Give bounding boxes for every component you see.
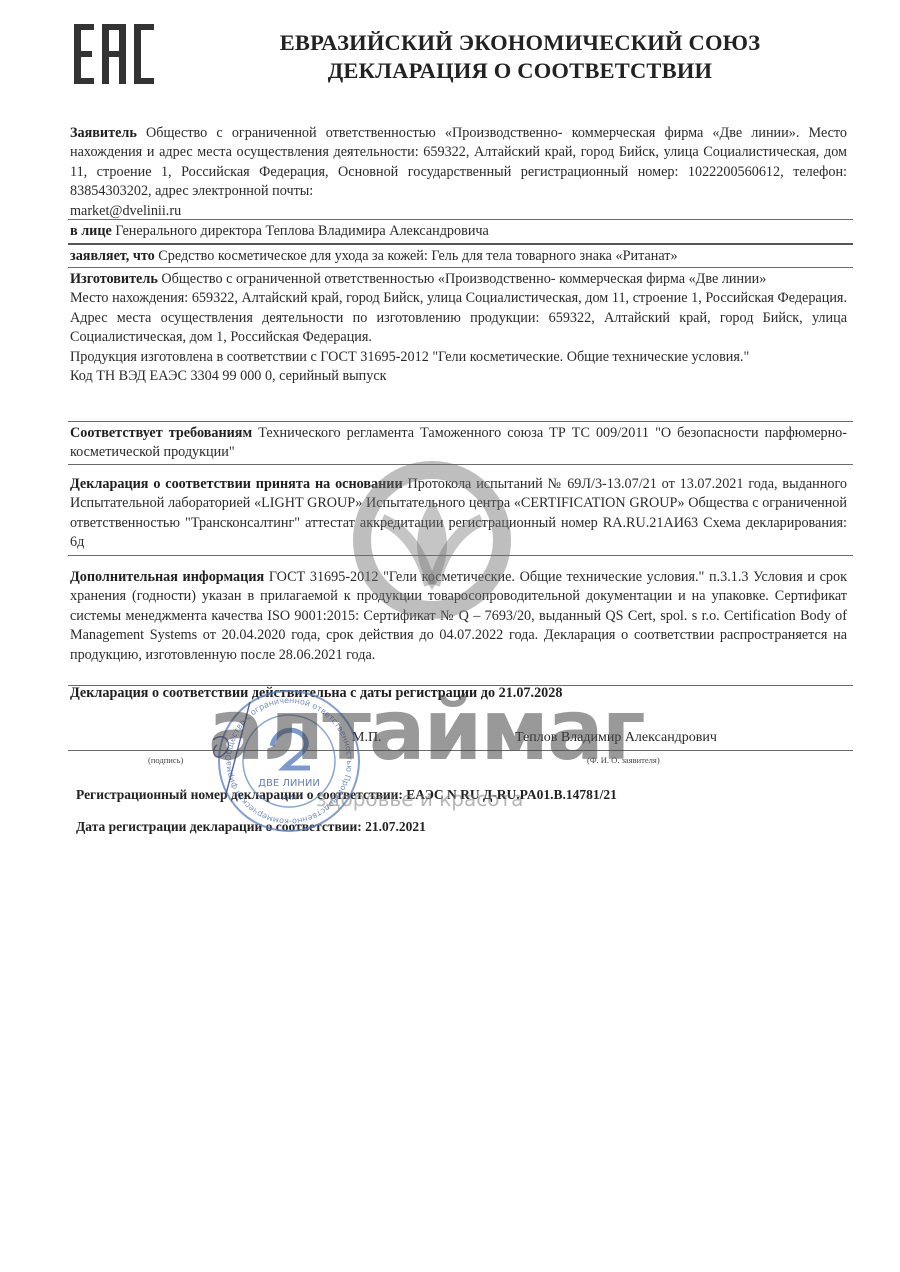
document-title: ДЕКЛАРАЦИЯ О СООТВЕТСТВИИ [190, 58, 850, 84]
registration-number: ЕАЭС N RU Д-RU.PA01.B.14781/21 [406, 787, 617, 802]
registration-date: 21.07.2021 [365, 819, 426, 834]
declares-section: заявляет, что Средство косметическое для… [70, 247, 847, 266]
basis-label: Декларация о соответствии принята на осн… [70, 476, 403, 492]
manufacturer-name: Общество с ограниченной ответственностью… [161, 271, 766, 287]
applicant-section: Заявитель Общество с ограниченной ответс… [70, 124, 847, 221]
company-stamp-icon: ДВЕ ЛИНИИ ИНН Общество с ограниченной от… [214, 686, 364, 836]
signature-line [68, 750, 853, 751]
validity-section: Декларация о соответствии действительна … [70, 684, 847, 703]
represented-by-label: в лице [70, 223, 112, 239]
divider [68, 464, 853, 465]
additional-info-label: Дополнительная информация [70, 569, 264, 585]
manufacturer-section: Изготовитель Общество с ограниченной отв… [70, 270, 847, 386]
applicant-email: market@dvelinii.ru [70, 203, 181, 219]
declares-label: заявляет, что [70, 248, 155, 264]
registration-number-label: Регистрационный номер декларации о соотв… [76, 787, 403, 802]
complies-label: Соответствует требованиям [70, 425, 252, 441]
registration-number-row: Регистрационный номер декларации о соотв… [76, 787, 617, 803]
applicant-text: Общество с ограниченной ответственностью… [70, 125, 847, 199]
validity-text: Декларация о соответствии действительна … [70, 685, 562, 701]
divider [68, 267, 853, 268]
applicant-label: Заявитель [70, 125, 137, 141]
basis-section: Декларация о соответствии принята на осн… [70, 475, 847, 553]
fio-caption: (Ф. И. О. заявителя) [587, 755, 660, 765]
divider [68, 219, 853, 220]
represented-by-section: в лице Генерального директора Теплова Вл… [70, 222, 847, 241]
manufacturer-label: Изготовитель [70, 271, 158, 287]
eac-logo-icon [72, 22, 156, 86]
represented-by-text: Генерального директора Теплова Владимира… [115, 223, 488, 239]
complies-section: Соответствует требованиям Технического р… [70, 424, 847, 463]
union-title: ЕВРАЗИЙСКИЙ ЭКОНОМИЧЕСКИЙ СОЮЗ [190, 30, 850, 56]
manufacturer-address: Место нахождения: 659322, Алтайский край… [70, 290, 847, 345]
manufacturer-standard: Продукция изготовлена в соответствии с Г… [70, 349, 749, 365]
declaration-page: ЕВРАЗИЙСКИЙ ЭКОНОМИЧЕСКИЙ СОЮЗ ДЕКЛАРАЦИ… [0, 0, 900, 1272]
signature-caption: (подпись) [148, 755, 183, 765]
divider [68, 555, 853, 556]
divider [68, 243, 853, 245]
additional-info-section: Дополнительная информация ГОСТ 31695-201… [70, 568, 847, 665]
product-description: Средство косметическое для ухода за коже… [158, 248, 677, 264]
registration-date-label: Дата регистрации декларации о соответств… [76, 819, 362, 834]
registration-date-row: Дата регистрации декларации о соответств… [76, 819, 426, 835]
tn-ved-code: Код ТН ВЭД ЕАЭС 3304 99 000 0, серийный … [70, 368, 387, 384]
divider [68, 421, 853, 422]
signer-name: Теплов Владимир Александрович [515, 730, 717, 746]
seal-placeholder: М.П. [352, 730, 382, 746]
svg-text:Общество с ограниченной ответс: Общество с ограниченной ответственностью… [224, 696, 354, 826]
